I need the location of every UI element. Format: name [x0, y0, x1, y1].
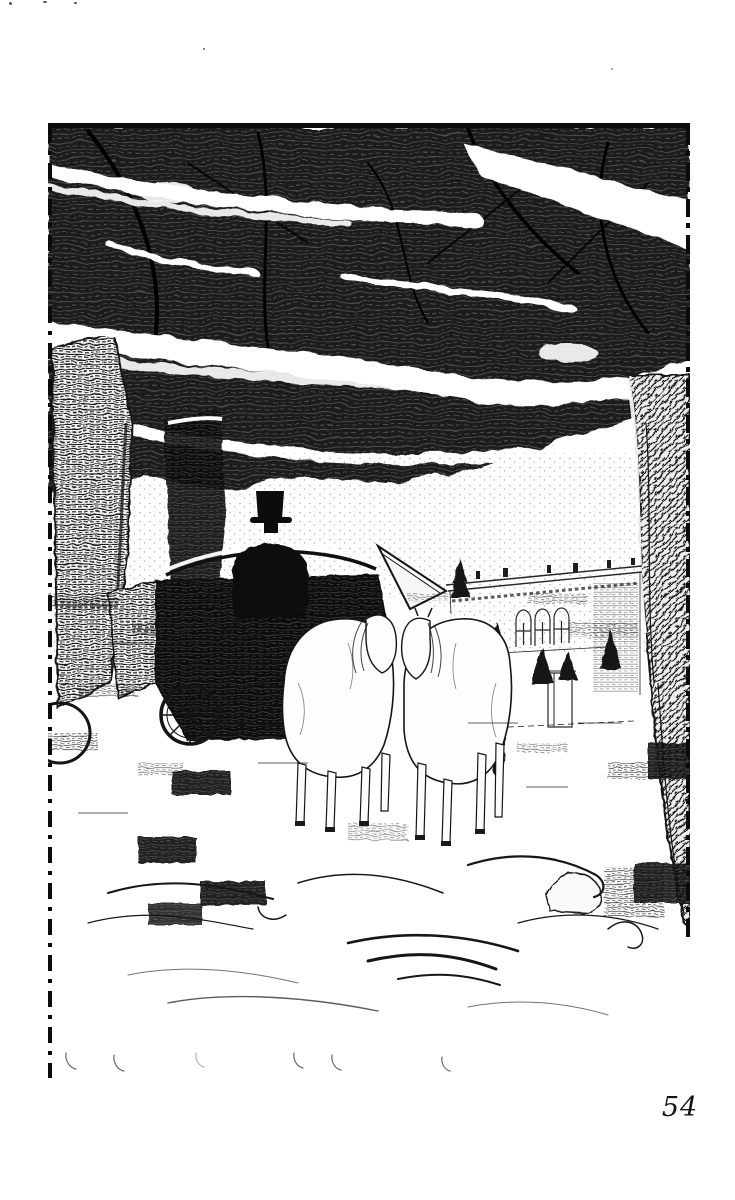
- scan-speck: [611, 68, 613, 70]
- snow-canopy: [48, 127, 690, 653]
- manga-page: 54: [0, 0, 735, 1200]
- scan-speck: [9, 2, 12, 5]
- scan-speck: [43, 1, 47, 3]
- scan-speck: [74, 2, 77, 4]
- snow-mound: [546, 873, 601, 913]
- snow-curls: [66, 1053, 450, 1071]
- scan-speck: [203, 48, 205, 50]
- horse-right: [402, 608, 512, 846]
- illustration-snow-carriage-scene: [48, 123, 690, 1090]
- top-hat: [256, 491, 284, 519]
- illustration-panel: [48, 123, 690, 1090]
- panel-border-top: [48, 123, 690, 128]
- page-number: 54: [648, 1092, 712, 1123]
